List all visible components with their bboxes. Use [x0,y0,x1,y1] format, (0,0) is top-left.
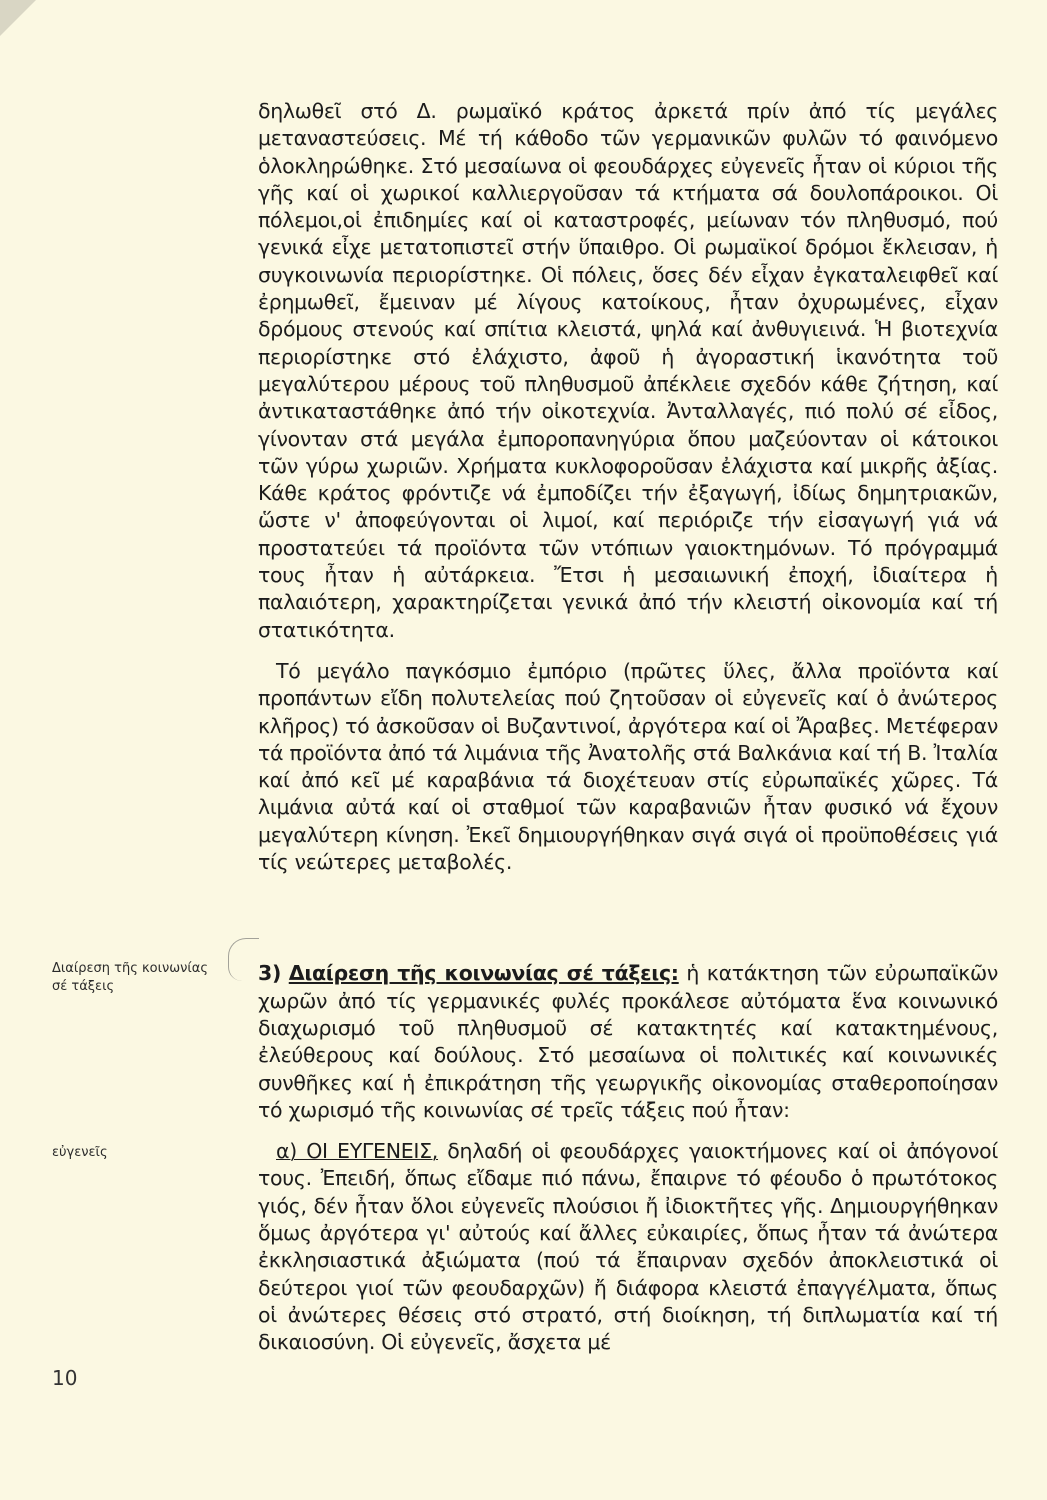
page-corner-fold [0,0,36,36]
paragraph-medieval-economy: δηλωθεῖ στό Δ. ρωμαϊκό κράτος ἀρκετά πρί… [258,98,998,644]
margin-note-nobles: εὐγενεῖς [52,1144,222,1162]
item-nobles: α) ΟΙ ΕΥΓΕΝΕΙΣ, δηλαδή οἱ φεουδάρχες γαι… [258,1138,998,1356]
section-social-classes: 3) Διαίρεση τῆς κοινωνίας σέ τάξεις: ἡ κ… [258,960,998,1124]
page-number: 10 [52,1366,77,1390]
section-number: 3) [258,961,281,985]
body-text: δηλωθεῖ στό Δ. ρωμαϊκό κράτος ἀρκετά πρί… [258,98,998,1356]
margin-note-social-classes: Διαίρεση τῆς κοινωνίας σέ τάξεις [52,960,222,996]
item-nobles-label: α) ΟΙ ΕΥΓΕΝΕΙΣ, [276,1139,438,1163]
section-heading: Διαίρεση τῆς κοινωνίας σέ τάξεις: [289,961,679,985]
paragraph-world-trade: Τό μεγάλο παγκόσμιο ἐμπόριο (πρῶτες ὕλες… [258,658,998,876]
pencil-annotation-mark [228,938,259,981]
section-text: ἡ κατάκτηση τῶν εὐρωπαϊκῶν χωρῶν ἀπό τίς… [258,961,998,1121]
item-nobles-text: δηλαδή οἱ φεουδάρχες γαιοκτήμονες καί οἱ… [258,1139,998,1354]
